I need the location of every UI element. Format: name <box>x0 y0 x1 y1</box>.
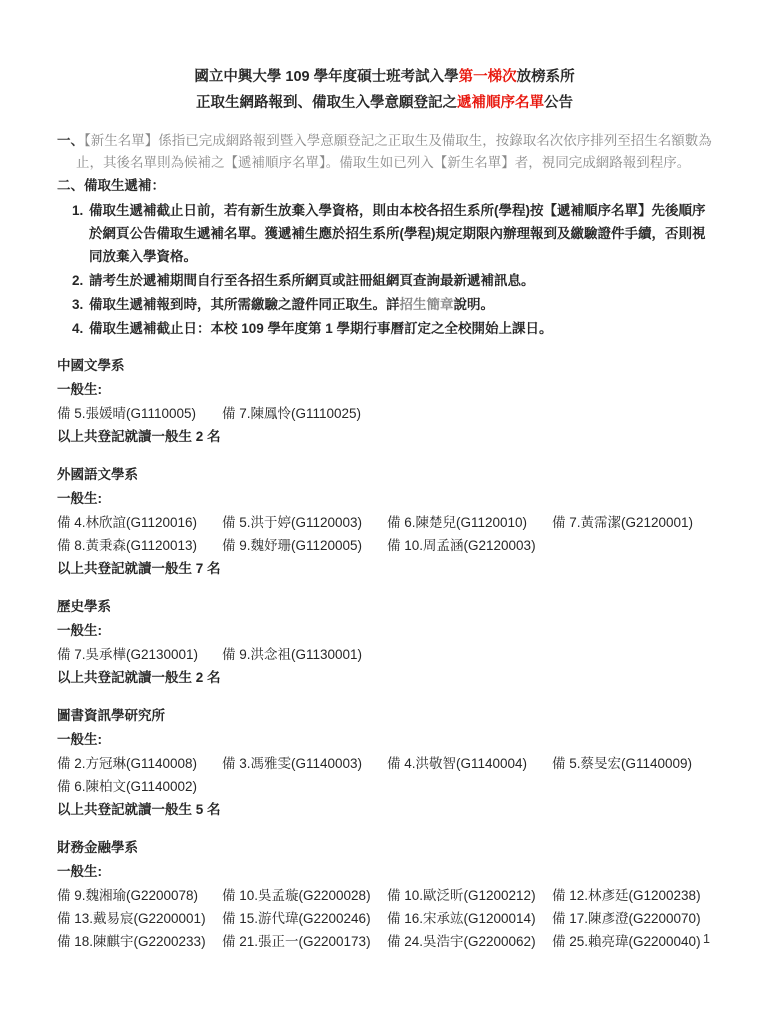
candidate-entry: 備 2.方冠琳(G1140008) <box>57 752 222 775</box>
candidate-rows: 備 2.方冠琳(G1140008)備 3.馮雅雯(G1140003)備 4.洪敬… <box>57 752 712 798</box>
candidate-entry: 備 18.陳麒宇(G2200233) <box>57 930 222 953</box>
candidate-row: 備 5.張媛晴(G1110005)備 7.陳鳳怜(G1110025) <box>57 402 712 425</box>
note-text: 備取生遞補： <box>84 178 165 193</box>
candidate-entry: 備 10.歐泛昕(G1200212) <box>387 884 552 907</box>
note-text: 【新生名單】係指已完成網路報到暨入學意願登記之正取生及備取生，按錄取名次依序排列… <box>76 133 712 170</box>
candidate-entry: 備 6.陳楚兒(G1120010) <box>387 511 552 534</box>
category-label: 一般生: <box>57 619 712 643</box>
sub-item-text-segment: 說明。 <box>454 297 495 312</box>
candidate-entry: 備 7.陳鳳怜(G1110025) <box>222 402 361 425</box>
sub-item-text-segment: 請考生於遞補期間自行至各招生系所網頁或註冊組網頁查詢最新遞補訊息。 <box>89 273 535 288</box>
candidate-entry: 備 13.戴易宸(G2200001) <box>57 907 222 930</box>
page-number: 1 <box>703 932 710 946</box>
candidate-entry: 備 4.林欣誼(G1120016) <box>57 511 222 534</box>
note-label: 一、 <box>57 133 84 148</box>
candidate-entry: 備 5.張媛晴(G1110005) <box>57 402 222 425</box>
note-sub-item: 4. 備取生遞補截止日：本校 109 學年度第 1 學期行事曆訂定之全校開始上課… <box>72 317 712 340</box>
candidate-row: 備 8.黃秉森(G1120013)備 9.魏妤珊(G1120005)備 10.周… <box>57 534 712 557</box>
sub-item-text: 備取生遞補截止日前，若有新生放棄入學資格，則由本校各招生系所(學程)按【遞補順序… <box>89 199 712 268</box>
department-section: 財務金融學系 一般生: 備 9.魏湘瑜(G2200078)備 10.吳孟璇(G2… <box>57 836 712 953</box>
candidate-entry: 備 7.吳承樺(G2130001) <box>57 643 222 666</box>
department-section: 外國語文學系 一般生: 備 4.林欣誼(G1120016)備 5.洪于婷(G11… <box>57 463 712 581</box>
category-label: 一般生: <box>57 728 712 752</box>
department-section: 圖書資訊學研究所 一般生: 備 2.方冠琳(G1140008)備 3.馮雅雯(G… <box>57 704 712 822</box>
candidate-entry: 備 8.黃秉森(G1120013) <box>57 534 222 557</box>
candidate-entry: 備 9.魏湘瑜(G2200078) <box>57 884 222 907</box>
candidate-entry: 備 25.賴亮瑋(G2200040) <box>552 930 701 953</box>
candidate-entry: 備 5.蔡旻宏(G1140009) <box>552 752 692 775</box>
title-text: 放榜系所 <box>517 69 575 85</box>
title-text: 國立中興大學 109 學年度碩士班考試入學 <box>194 69 458 85</box>
department-title: 歷史學系 <box>57 595 712 619</box>
registered-count: 以上共登記就讀一般生 2 名 <box>57 425 712 449</box>
candidate-rows: 備 5.張媛晴(G1110005)備 7.陳鳳怜(G1110025) <box>57 402 712 425</box>
department-title: 外國語文學系 <box>57 463 712 487</box>
notes-sub-list: 1. 備取生遞補截止日前，若有新生放棄入學資格，則由本校各招生系所(學程)按【遞… <box>57 199 712 340</box>
sub-item-text-segment: 備取生遞補報到時，其所需繳驗之證件同正取生。詳 <box>89 297 400 312</box>
registered-count: 以上共登記就讀一般生 2 名 <box>57 666 712 690</box>
candidate-entry: 備 6.陳柏文(G1140002) <box>57 775 197 798</box>
category-label: 一般生: <box>57 378 712 402</box>
candidate-row: 備 2.方冠琳(G1140008)備 3.馮雅雯(G1140003)備 4.洪敬… <box>57 752 712 775</box>
candidate-entry: 備 24.吳浩宇(G2200062) <box>387 930 552 953</box>
sub-item-text: 備取生遞補截止日：本校 109 學年度第 1 學期行事曆訂定之全校開始上課日。 <box>89 317 712 340</box>
title-line-1: 國立中興大學 109 學年度碩士班考試入學第一梯次放榜系所 <box>57 64 712 90</box>
candidate-entry: 備 9.魏妤珊(G1120005) <box>222 534 387 557</box>
department-title: 財務金融學系 <box>57 836 712 860</box>
sub-item-number: 2. <box>72 269 89 292</box>
candidate-row: 備 18.陳麒宇(G2200233)備 21.張正一(G2200173)備 24… <box>57 930 712 953</box>
candidate-entry: 備 5.洪于婷(G1120003) <box>222 511 387 534</box>
sub-item-text: 備取生遞補報到時，其所需繳驗之證件同正取生。詳招生簡章說明。 <box>89 293 712 316</box>
registered-count: 以上共登記就讀一般生 5 名 <box>57 798 712 822</box>
candidate-row: 備 9.魏湘瑜(G2200078)備 10.吳孟璇(G2200028)備 10.… <box>57 884 712 907</box>
candidate-entry: 備 3.馮雅雯(G1140003) <box>222 752 387 775</box>
category-label: 一般生: <box>57 860 712 884</box>
sub-item-text-segment: 備取生遞補截止日前，若有新生放棄入學資格，則由本校各招生系所(學程)按【遞補順序… <box>89 203 706 264</box>
title-text: 正取生網路報到、備取生入學意願登記之 <box>196 95 457 111</box>
note-sub-item: 1. 備取生遞補截止日前，若有新生放棄入學資格，則由本校各招生系所(學程)按【遞… <box>72 199 712 268</box>
document-title: 國立中興大學 109 學年度碩士班考試入學第一梯次放榜系所 正取生網路報到、備取… <box>57 64 712 116</box>
candidate-rows: 備 4.林欣誼(G1120016)備 5.洪于婷(G1120003)備 6.陳楚… <box>57 511 712 557</box>
note-backup-replacement: 二、備取生遞補： <box>57 175 712 197</box>
sub-item-text: 請考生於遞補期間自行至各招生系所網頁或註冊組網頁查詢最新遞補訊息。 <box>89 269 712 292</box>
sub-item-number: 3. <box>72 293 89 316</box>
document-page: 國立中興大學 109 學年度碩士班考試入學第一梯次放榜系所 正取生網路報到、備取… <box>0 0 768 953</box>
department-title: 中國文學系 <box>57 354 712 378</box>
department-section: 歷史學系 一般生: 備 7.吳承樺(G2130001)備 9.洪念祖(G1130… <box>57 595 712 690</box>
department-section: 中國文學系 一般生: 備 5.張媛晴(G1110005)備 7.陳鳳怜(G111… <box>57 354 712 449</box>
candidate-rows: 備 9.魏湘瑜(G2200078)備 10.吳孟璇(G2200028)備 10.… <box>57 884 712 953</box>
candidate-entry: 備 10.吳孟璇(G2200028) <box>222 884 387 907</box>
title-highlight-red: 第一梯次 <box>459 69 517 85</box>
candidate-entry: 備 12.林彥廷(G1200238) <box>552 884 701 907</box>
candidate-entry: 備 15.游代瑋(G2200246) <box>222 907 387 930</box>
title-text: 公告 <box>544 95 573 111</box>
candidate-entry: 備 9.洪念祖(G1130001) <box>222 643 362 666</box>
candidate-entry: 備 21.張正一(G2200173) <box>222 930 387 953</box>
candidate-entry: 備 7.黃霈潔(G2120001) <box>552 511 693 534</box>
sub-item-text-segment: 備取生遞補截止日：本校 109 學年度第 1 學期行事曆訂定之全校開始上課日。 <box>89 321 553 336</box>
candidate-row: 備 6.陳柏文(G1140002) <box>57 775 712 798</box>
candidate-entry: 備 17.陳彥澄(G2200070) <box>552 907 701 930</box>
category-label: 一般生: <box>57 487 712 511</box>
title-highlight-red: 遞補順序名單 <box>457 95 544 111</box>
department-title: 圖書資訊學研究所 <box>57 704 712 728</box>
title-line-2: 正取生網路報到、備取生入學意願登記之遞補順序名單公告 <box>57 90 712 116</box>
candidate-entry: 備 10.周孟涵(G2120003) <box>387 534 536 557</box>
note-new-student-list: 一、【新生名單】係指已完成網路報到暨入學意願登記之正取生及備取生，按錄取名次依序… <box>57 130 712 174</box>
admission-brochure-link[interactable]: 招生簡章 <box>400 297 454 312</box>
candidate-rows: 備 7.吳承樺(G2130001)備 9.洪念祖(G1130001) <box>57 643 712 666</box>
notes-section: 一、【新生名單】係指已完成網路報到暨入學意願登記之正取生及備取生，按錄取名次依序… <box>57 130 712 340</box>
sub-item-number: 4. <box>72 317 89 340</box>
departments: 中國文學系 一般生: 備 5.張媛晴(G1110005)備 7.陳鳳怜(G111… <box>57 354 712 953</box>
note-sub-item: 3. 備取生遞補報到時，其所需繳驗之證件同正取生。詳招生簡章說明。 <box>72 293 712 316</box>
candidate-entry: 備 4.洪敬智(G1140004) <box>387 752 552 775</box>
candidate-entry: 備 16.宋承竑(G1200014) <box>387 907 552 930</box>
registered-count: 以上共登記就讀一般生 7 名 <box>57 557 712 581</box>
candidate-row: 備 7.吳承樺(G2130001)備 9.洪念祖(G1130001) <box>57 643 712 666</box>
sub-item-number: 1. <box>72 199 89 268</box>
note-sub-item: 2. 請考生於遞補期間自行至各招生系所網頁或註冊組網頁查詢最新遞補訊息。 <box>72 269 712 292</box>
note-label: 二、 <box>57 178 84 193</box>
candidate-row: 備 4.林欣誼(G1120016)備 5.洪于婷(G1120003)備 6.陳楚… <box>57 511 712 534</box>
candidate-row: 備 13.戴易宸(G2200001)備 15.游代瑋(G2200246)備 16… <box>57 907 712 930</box>
